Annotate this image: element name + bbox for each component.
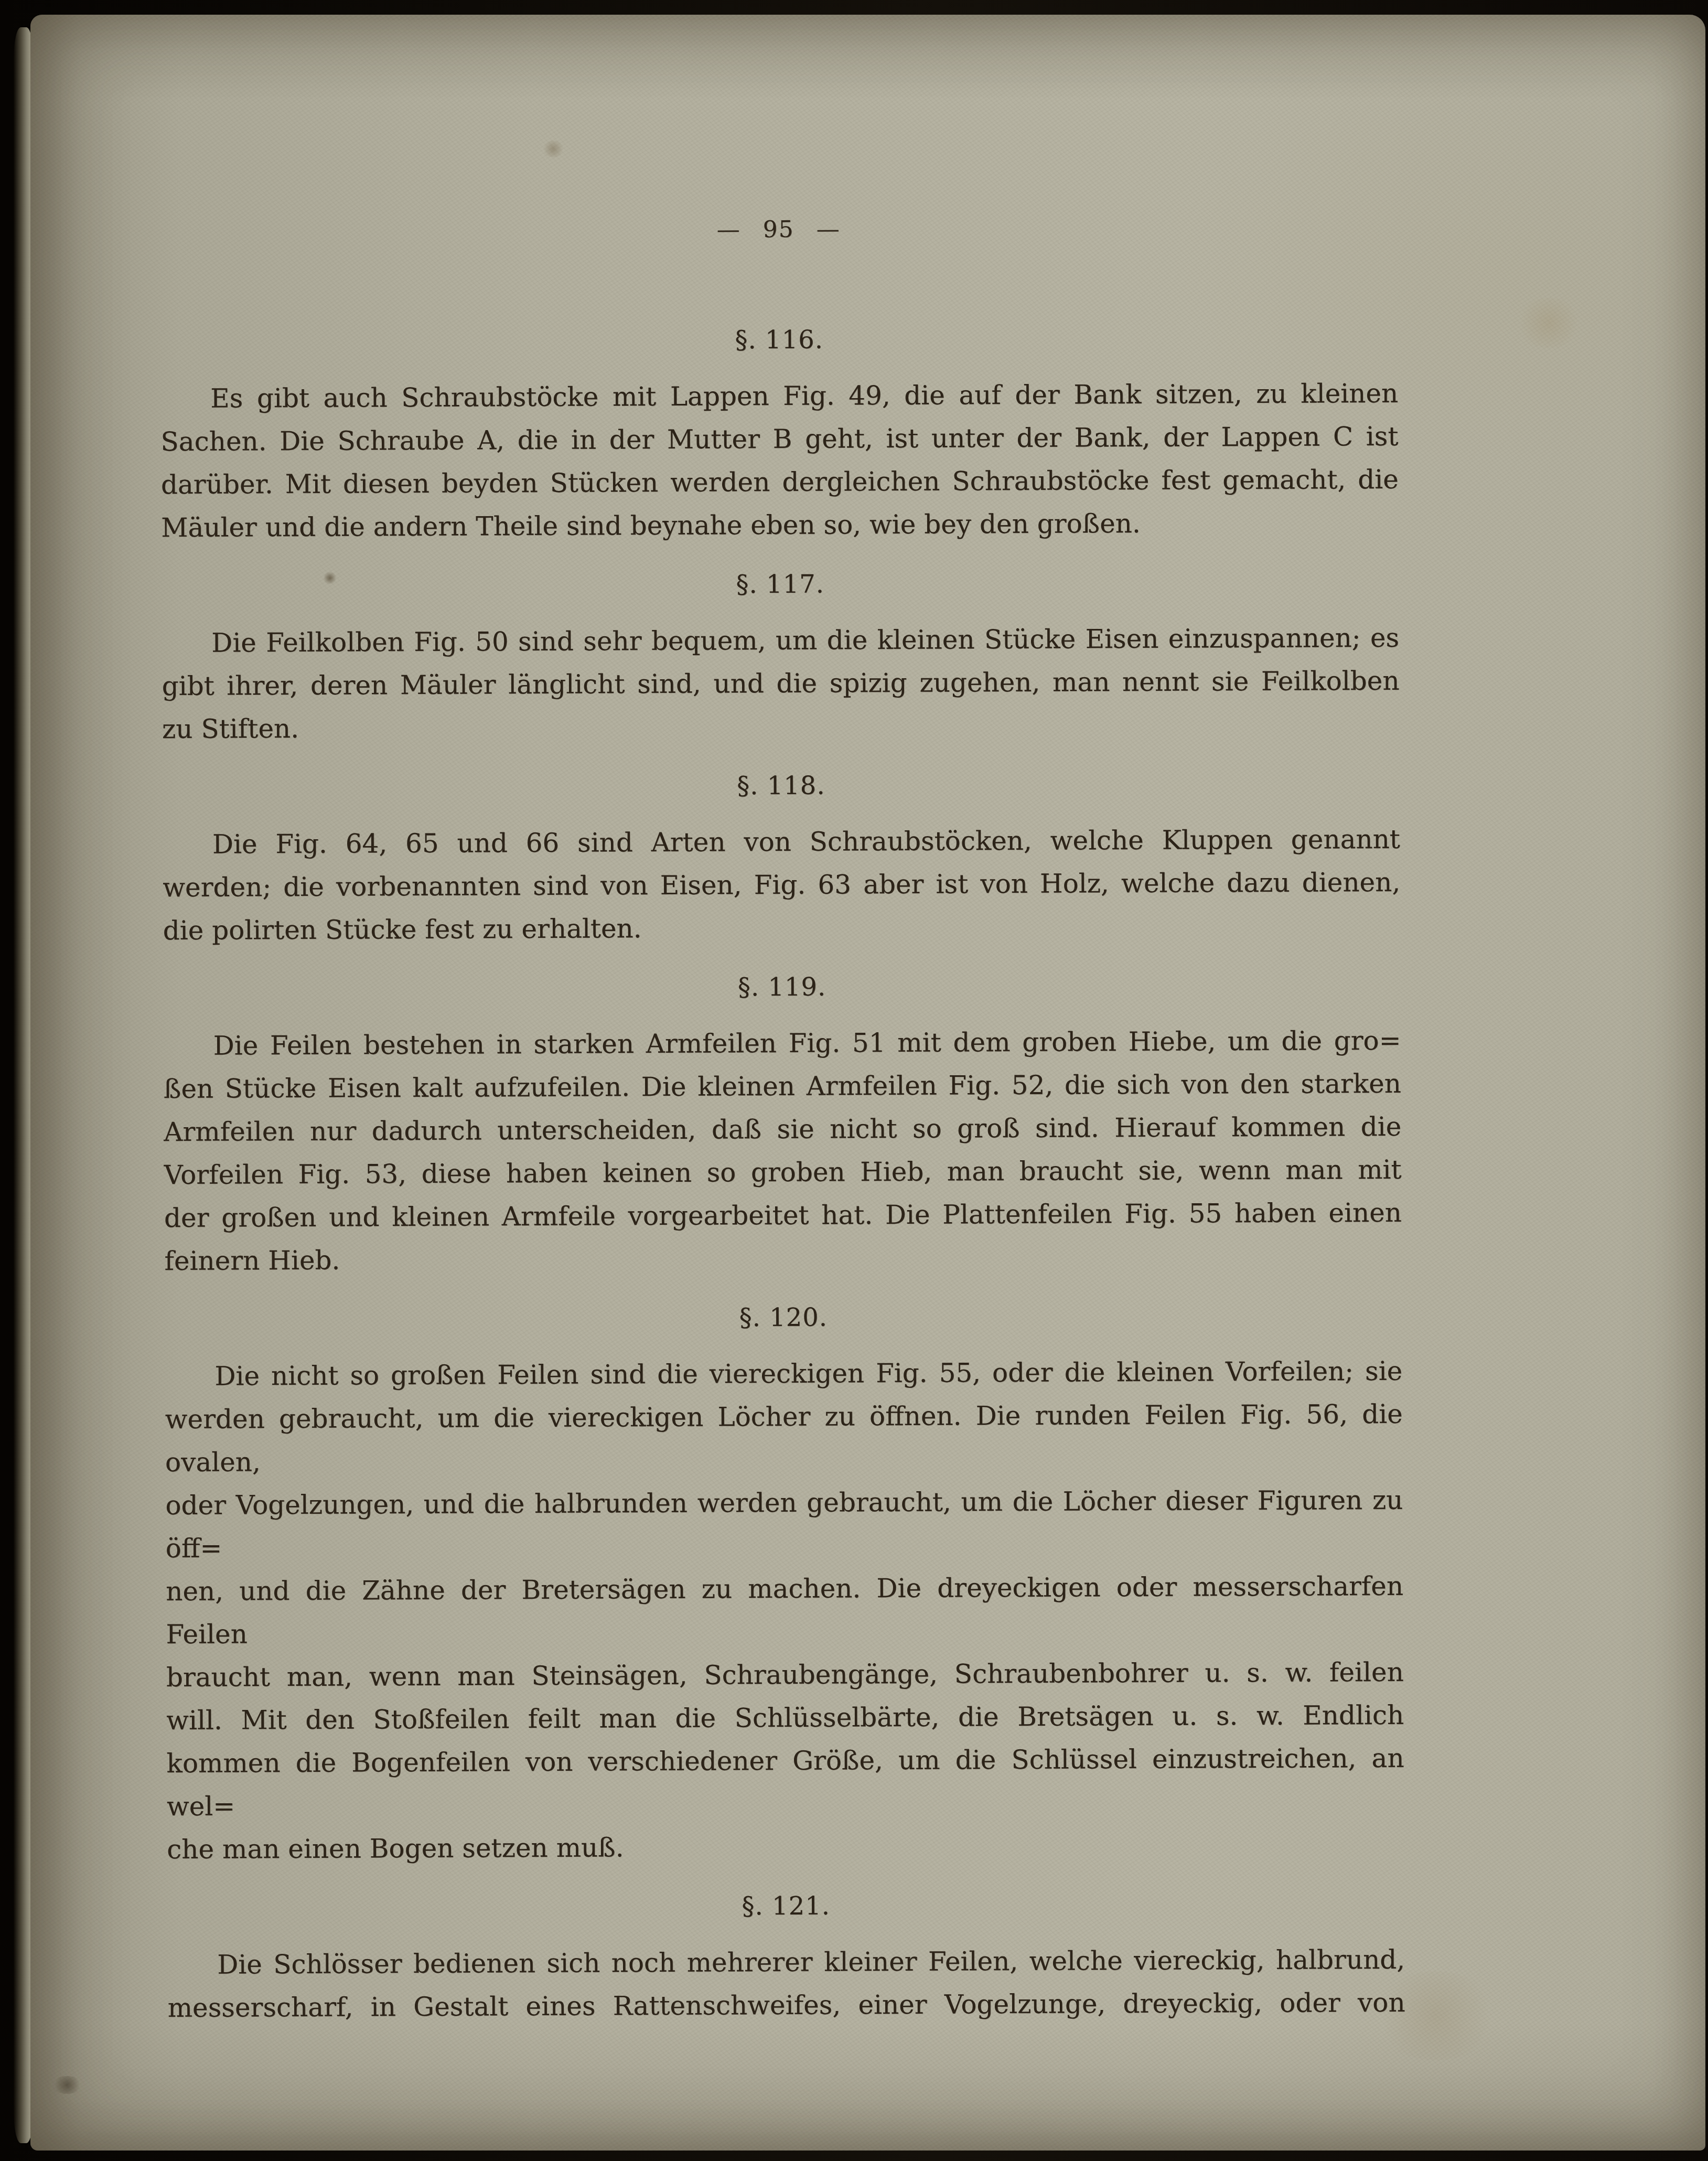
section-119: §. 119. Die Feilen bestehen in starken A…: [163, 969, 1402, 1282]
text-line: werden; die vorbenannten sind von Eisen,…: [163, 861, 1400, 909]
paragraph: Die nicht so großen Feilen sind die vier…: [165, 1350, 1404, 1871]
text-line: Sachen. Die Schraube A, die in der Mutte…: [160, 415, 1398, 463]
text-line: che man einen Bogen setzen muß.: [167, 1823, 1404, 1871]
text-line: Die nicht so großen Feilen sind die vier…: [165, 1350, 1402, 1398]
page-number: — 95 —: [160, 211, 1398, 248]
section-116: §. 116. Es gibt auch Schraubstöcke mit L…: [160, 322, 1399, 549]
text-line: Die Schlösser bedienen sich noch mehrere…: [167, 1938, 1405, 1986]
text-line: Es gibt auch Schraubstöcke mit Lappen Fi…: [160, 372, 1398, 420]
paragraph: Die Feilen bestehen in starken Armfeilen…: [163, 1019, 1402, 1282]
paragraph: Die Fig. 64, 65 und 66 sind Arten von Sc…: [163, 818, 1401, 952]
section-heading: §. 121.: [167, 1888, 1405, 1924]
text-line: Die Feilen bestehen in starken Armfeilen…: [163, 1019, 1401, 1067]
section-heading: §. 116.: [160, 322, 1398, 358]
paper: — 95 — §. 116. Es gibt auch Schraubstöck…: [30, 15, 1705, 2151]
section-heading: §. 120.: [165, 1299, 1402, 1336]
paragraph: Die Schlösser bedienen sich noch mehrere…: [167, 1938, 1405, 2029]
section-heading: §. 117.: [162, 566, 1399, 603]
text-line: feinern Hieb.: [164, 1234, 1402, 1282]
paragraph: Es gibt auch Schraubstöcke mit Lappen Fi…: [160, 372, 1399, 549]
text-line: ßen Stücke Eisen kalt aufzufeilen. Die k…: [164, 1062, 1401, 1110]
text-line: zu Stiften.: [162, 702, 1400, 751]
text-line: oder Vogelzungen, und die halbrunden wer…: [165, 1479, 1403, 1570]
text-line: will. Mit den Stoßfeilen feilt man die S…: [166, 1694, 1404, 1742]
text-line: Vorfeilen Fig. 53, diese haben keinen so…: [164, 1148, 1401, 1196]
paper-stain: [51, 2076, 83, 2094]
section-heading: §. 118.: [162, 767, 1400, 804]
text-line: braucht man, wenn man Steinsägen, Schrau…: [166, 1651, 1404, 1699]
section-120: §. 120. Die nicht so großen Feilen sind …: [165, 1299, 1405, 1871]
text-line: kommen die Bogenfeilen von verschiedener…: [166, 1737, 1404, 1828]
text-line: der großen und kleinen Armfeile vorgearb…: [164, 1191, 1402, 1239]
section-117: §. 117. Die Feilkolben Fig. 50 sind sehr…: [162, 566, 1400, 751]
paragraph: Die Feilkolben Fig. 50 sind sehr bequem,…: [162, 616, 1400, 751]
text-line: Die Fig. 64, 65 und 66 sind Arten von Sc…: [163, 818, 1400, 866]
scanned-book-page: — 95 — §. 116. Es gibt auch Schraubstöck…: [0, 0, 1708, 2161]
text-line: die polirten Stücke fest zu erhalten.: [163, 904, 1400, 952]
text-line: Die Feilkolben Fig. 50 sind sehr bequem,…: [162, 616, 1399, 665]
section-heading: §. 119.: [163, 969, 1401, 1005]
paper-stain: [1514, 298, 1583, 348]
text-line: werden gebraucht, um die viereckigen Löc…: [165, 1393, 1403, 1484]
section-121: §. 121. Die Schlösser bedienen sich noch…: [167, 1888, 1405, 2029]
text-line: Mäuler und die andern Theile sind beynah…: [161, 501, 1399, 549]
text-line: Armfeilen nur dadurch unterscheiden, daß…: [164, 1105, 1401, 1153]
text-block: — 95 — §. 116. Es gibt auch Schraubstöck…: [159, 12, 1405, 2029]
text-line: gibt ihrer, deren Mäuler länglicht sind,…: [162, 659, 1399, 708]
section-118: §. 118. Die Fig. 64, 65 und 66 sind Arte…: [162, 767, 1400, 952]
text-line: darüber. Mit diesen beyden Stücken werde…: [161, 458, 1399, 506]
text-line: messerscharf, in Gestalt eines Rattensch…: [167, 1981, 1405, 2029]
text-line: nen, und die Zähne der Bretersägen zu ma…: [166, 1565, 1404, 1656]
